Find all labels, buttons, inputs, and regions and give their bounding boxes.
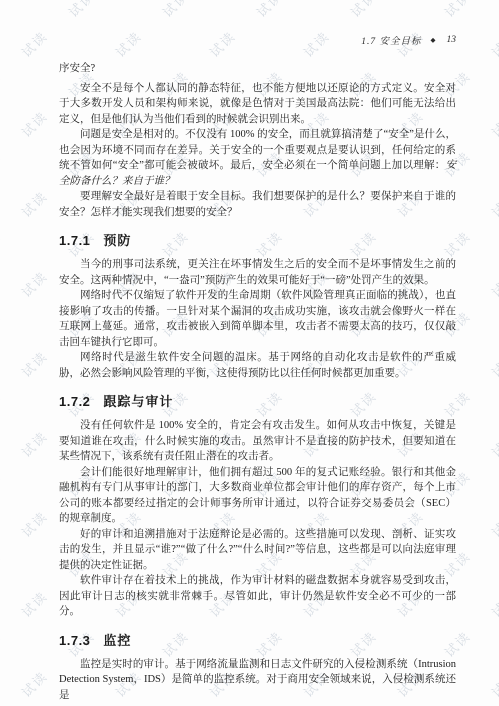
watermark-text: 试读	[487, 266, 499, 301]
watermark-text: 试读	[346, 0, 381, 21]
watermark-text: 试读	[17, 426, 52, 461]
watermark-text: 试读	[299, 26, 334, 61]
paragraph-text: 问题是安全是相对的。不仅没有 100% 的安全，而且就算搞清楚了“安全”是什么，…	[59, 129, 456, 171]
watermark-text: 试读	[17, 26, 52, 61]
section-label: 1.7 安全目标	[361, 33, 421, 47]
heading-title: 预防	[103, 233, 131, 248]
watermark-text: 试读	[487, 426, 499, 461]
watermark-text: 试读	[487, 586, 499, 621]
section-heading-prevention: 1.7.1预防	[59, 232, 456, 250]
paragraph: 没有任何软件是 100% 安全的，肯定会有攻击发生。如何从攻击中恢复，关键是要知…	[59, 418, 456, 465]
watermark-text: 试读	[0, 226, 4, 261]
watermark-text: 试读	[487, 186, 499, 221]
watermark-text: 试读	[17, 186, 52, 221]
watermark-text: 试读	[0, 386, 4, 421]
watermark-text: 试读	[17, 506, 52, 541]
page-number: 13	[447, 35, 457, 45]
watermark-text: 试读	[487, 346, 499, 381]
watermark-text: 试读	[487, 26, 499, 61]
watermark-text: 试读	[17, 666, 52, 701]
watermark-text: 试读	[17, 586, 52, 621]
watermark-text: 试读	[205, 26, 240, 61]
paragraph: 安全不是每个人都认同的静态特征，也不能方便地以还原论的方式定义。安全对于大多数开…	[59, 81, 456, 128]
watermark-text: 试读	[252, 0, 287, 21]
section-heading-audit: 1.7.2跟踪与审计	[59, 393, 456, 411]
document-page: 试读试读试读试读试读试读试读试读试读试读试读试读试读试读试读试读试读试读试读试读…	[0, 0, 499, 706]
page-content: 序安全? 安全不是每个人都认同的静态特征，也不能方便地以还原论的方式定义。安全对…	[59, 61, 456, 703]
paragraph: 问题是安全是相对的。不仅没有 100% 的安全，而且就算搞清楚了“安全”是什么，…	[59, 127, 456, 189]
watermark-text: 试读	[0, 306, 4, 341]
diamond-icon: ◆	[431, 36, 436, 44]
heading-title: 监控	[103, 633, 131, 648]
heading-number: 1.7.2	[59, 394, 90, 409]
watermark-text: 试读	[0, 0, 4, 21]
paragraph: 监控是实时的审计。基于网络流量监测和日志文件研究的入侵检测系统（Intrusio…	[59, 657, 456, 704]
watermark-text: 试读	[158, 0, 193, 21]
watermark-text: 试读	[0, 626, 4, 661]
paragraph: 软件审计存在着技术上的挑战，作为审计材料的磁盘数据本身就容易受到攻击，因此审计日…	[59, 573, 456, 620]
continuation-line: 序安全?	[59, 61, 456, 77]
watermark-text: 试读	[0, 66, 4, 101]
watermark-text: 试读	[487, 506, 499, 541]
heading-number: 1.7.3	[59, 633, 90, 648]
paragraph: 会计们能很好地理解审计，他们拥有超过 500 年的复式记账经验。银行和其他金融机…	[59, 465, 456, 527]
watermark-text: 试读	[487, 666, 499, 701]
section-heading-monitoring: 1.7.3监控	[59, 632, 456, 650]
watermark-text: 试读	[17, 346, 52, 381]
watermark-text: 试读	[111, 26, 146, 61]
page-header: 1.7 安全目标 ◆ 13	[361, 33, 456, 47]
watermark-text: 试读	[64, 0, 99, 21]
heading-title: 跟踪与审计	[103, 394, 173, 409]
paragraph: 网络时代是滋生软件安全问题的温床。基于网络的自动化攻击是软件的严重威胁，必然会影…	[59, 350, 456, 381]
watermark-text: 试读	[0, 466, 4, 501]
paragraph: 当今的刑事司法系统，更关注在坏事情发生之后的安全而不是坏事情发生之前的安全。这两…	[59, 257, 456, 288]
watermark-text: 试读	[0, 546, 4, 581]
paragraph: 网络时代不仅缩短了软件开发的生命周期（软件风险管理真正面临的挑战），也直接影响了…	[59, 288, 456, 350]
watermark-text: 试读	[440, 0, 475, 21]
paragraph: 好的审计和追溯措施对于法庭辩论是必需的。这些措施可以发现、剖析、证实攻击的发生，…	[59, 527, 456, 574]
watermark-text: 试读	[0, 146, 4, 181]
paragraph: 要理解安全最好是着眼于安全目标。我们想要保护的是什么？要保护来自于谁的安全？怎样…	[59, 189, 456, 220]
watermark-text: 试读	[17, 106, 52, 141]
watermark-text: 试读	[487, 106, 499, 141]
watermark-text: 试读	[17, 266, 52, 301]
heading-number: 1.7.1	[59, 233, 90, 248]
